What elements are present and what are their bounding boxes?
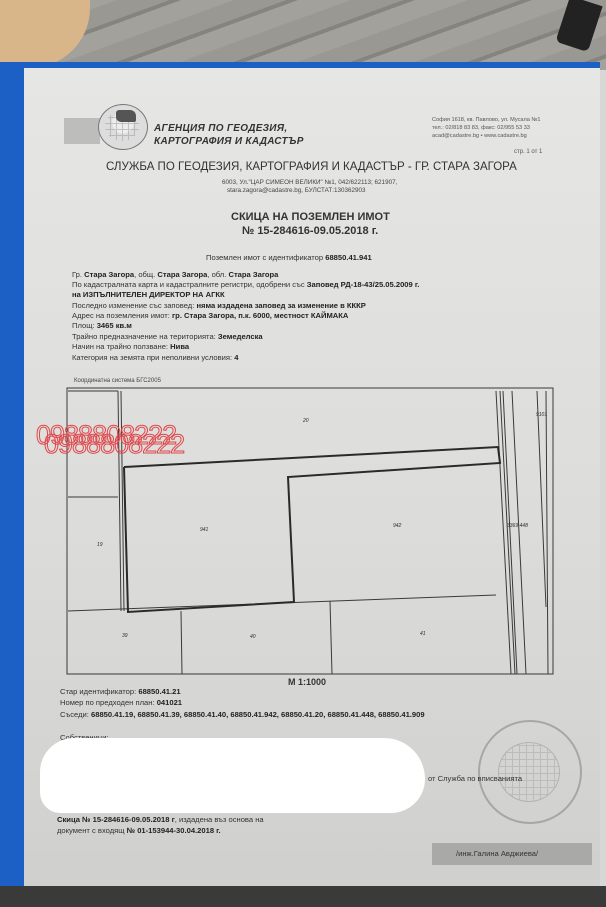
neighbors-value: 68850.41.19, 68850.41.39, 68850.41.40, 6…	[91, 710, 425, 719]
last-change-value: няма издадена заповед за изменение в ККК…	[196, 301, 365, 310]
map-scale: М 1:1000	[288, 677, 326, 687]
stamp-globe-icon	[498, 742, 560, 802]
prev-plan-label: Номер по предходен план:	[60, 698, 155, 707]
address-label: Адрес на поземления имот:	[72, 311, 170, 320]
purpose-value: Земеделска	[218, 332, 263, 341]
location-line: Гр. Стара Загора, общ. Стара Загора, обл…	[72, 270, 278, 279]
usage-label: Начин на трайно ползване:	[72, 342, 168, 351]
agency-name-line2: КАРТОГРАФИЯ И КАДАСТЪР	[154, 136, 304, 147]
purpose-label: Трайно предназначение на територията:	[72, 332, 216, 341]
location-prefix: Гр.	[72, 270, 82, 279]
incoming-doc-label: документ с входящ	[57, 826, 125, 835]
parcel-label-448: 3369 448	[507, 523, 528, 529]
municipality-value: Стара Загора	[157, 270, 207, 279]
parcel-label-942: 942	[393, 523, 401, 529]
old-id-line: Стар идентификатор: 68850.41.21	[60, 687, 181, 696]
issued-line2: документ с входящ № 01-153944-30.04.2018…	[57, 826, 221, 835]
header-shade	[64, 118, 100, 144]
area-value: 3465 кв.м	[97, 321, 132, 330]
category-line: Категория на земята при неполивни услови…	[72, 353, 238, 362]
coordinate-system: Координатна система БГС2005	[74, 378, 161, 384]
parcel-label-909: 9101	[536, 412, 547, 418]
old-id-label: Стар идентификатор:	[60, 687, 136, 696]
neighbors-label: Съседи:	[60, 710, 89, 719]
parcel-label-39: 39	[122, 633, 128, 639]
agency-contact-phone: тел.: 02/818 83 83, факс: 02/955 53 33	[432, 125, 530, 131]
document-number: № 15-284616-09.05.2018 г.	[242, 225, 378, 237]
location-city: Стара Загора	[84, 270, 134, 279]
document-title: СКИЦА НА ПОЗЕМЛЕН ИМОТ	[231, 211, 390, 223]
cadastre-line: По кадастралната карта и кадастралните р…	[72, 280, 419, 289]
cadastre-text: По кадастралната карта и кадастралните р…	[72, 280, 305, 289]
identifier-line: Поземлен имот с идентификатор 68850.41.9…	[206, 253, 372, 262]
phone-watermark-shadow: 0988808222	[44, 429, 184, 460]
cadastre-authority: на ИЗПЪЛНИТЕЛЕН ДИРЕКТОР НА АГКК	[72, 290, 225, 299]
identifier-label: Поземлен имот с идентификатор	[206, 253, 323, 262]
area-label: Площ:	[72, 321, 95, 330]
cadastre-order: Заповед РД-18-43/25.05.2009 г.	[307, 280, 420, 289]
category-label: Категория на земята при неполивни услови…	[72, 353, 232, 362]
parcel-label-20: 20	[303, 418, 309, 424]
background-surface	[0, 886, 606, 907]
region-label: , обл.	[207, 270, 226, 279]
prev-plan-line: Номер по предходен план: 041021	[60, 698, 182, 707]
usage-line: Начин на трайно ползване: Нива	[72, 342, 189, 351]
category-value: 4	[234, 353, 238, 362]
address-value: гр. Стара Загора, п.к. 6000, местност КА…	[172, 311, 348, 320]
area-line: Площ: 3465 кв.м	[72, 321, 132, 330]
registry-text: от Служба по вписванията	[428, 774, 522, 783]
old-id-value: 68850.41.21	[138, 687, 180, 696]
parcel-label-19: 19	[97, 542, 103, 548]
parcel-label-41: 41	[420, 631, 426, 637]
office-address-line2: stara.zagora@cadastre.bg, БУЛСТАТ:130362…	[227, 187, 366, 194]
last-change-line: Последно изменение със заповед: няма изд…	[72, 301, 366, 310]
agency-contact-web: acad@cadastre.bg • www.cadastre.bg	[432, 133, 527, 139]
agency-contact-address: София 1618, кв. Павлово, ул. Мусала №1	[432, 117, 541, 123]
parcel-label-40: 40	[250, 634, 256, 640]
redacted-owner-info	[40, 738, 425, 813]
neighbors-line: Съседи: 68850.41.19, 68850.41.39, 68850.…	[60, 710, 425, 719]
usage-value: Нива	[170, 342, 189, 351]
office-title: СЛУЖБА ПО ГЕОДЕЗИЯ, КАРТОГРАФИЯ И КАДАСТ…	[106, 161, 517, 173]
office-address-line1: 6003, Ул."ЦАР СИМЕОН ВЕЛИКИ" №1, 042/622…	[222, 179, 397, 186]
region-value: Стара Загора	[228, 270, 278, 279]
issued-line1: Скица № 15-284616-09.05.2018 г, издадена…	[57, 815, 264, 824]
signatory-name: /инж.Галина Авджиева/	[456, 849, 538, 858]
identifier-value: 68850.41.941	[325, 253, 371, 262]
purpose-line: Трайно предназначение на територията: Зе…	[72, 332, 263, 341]
background-floor	[0, 0, 606, 70]
parcel-label-941: 941	[200, 527, 208, 533]
issued-sketch-number: Скица № 15-284616-09.05.2018 г	[57, 815, 175, 824]
page-number: стр. 1 от 1	[514, 149, 542, 155]
prev-plan-value: 041021	[157, 698, 182, 707]
bulgaria-map-icon	[116, 110, 136, 122]
issued-basis-text: , издадена въз основа на	[175, 815, 264, 824]
incoming-doc-number: № 01-153944-30.04.2018 г.	[127, 826, 221, 835]
address-line: Адрес на поземления имот: гр. Стара Заго…	[72, 311, 348, 320]
municipality-label: , общ.	[134, 270, 155, 279]
last-change-label: Последно изменение със заповед:	[72, 301, 194, 310]
agency-name-line1: АГЕНЦИЯ ПО ГЕОДЕЗИЯ,	[154, 123, 287, 134]
